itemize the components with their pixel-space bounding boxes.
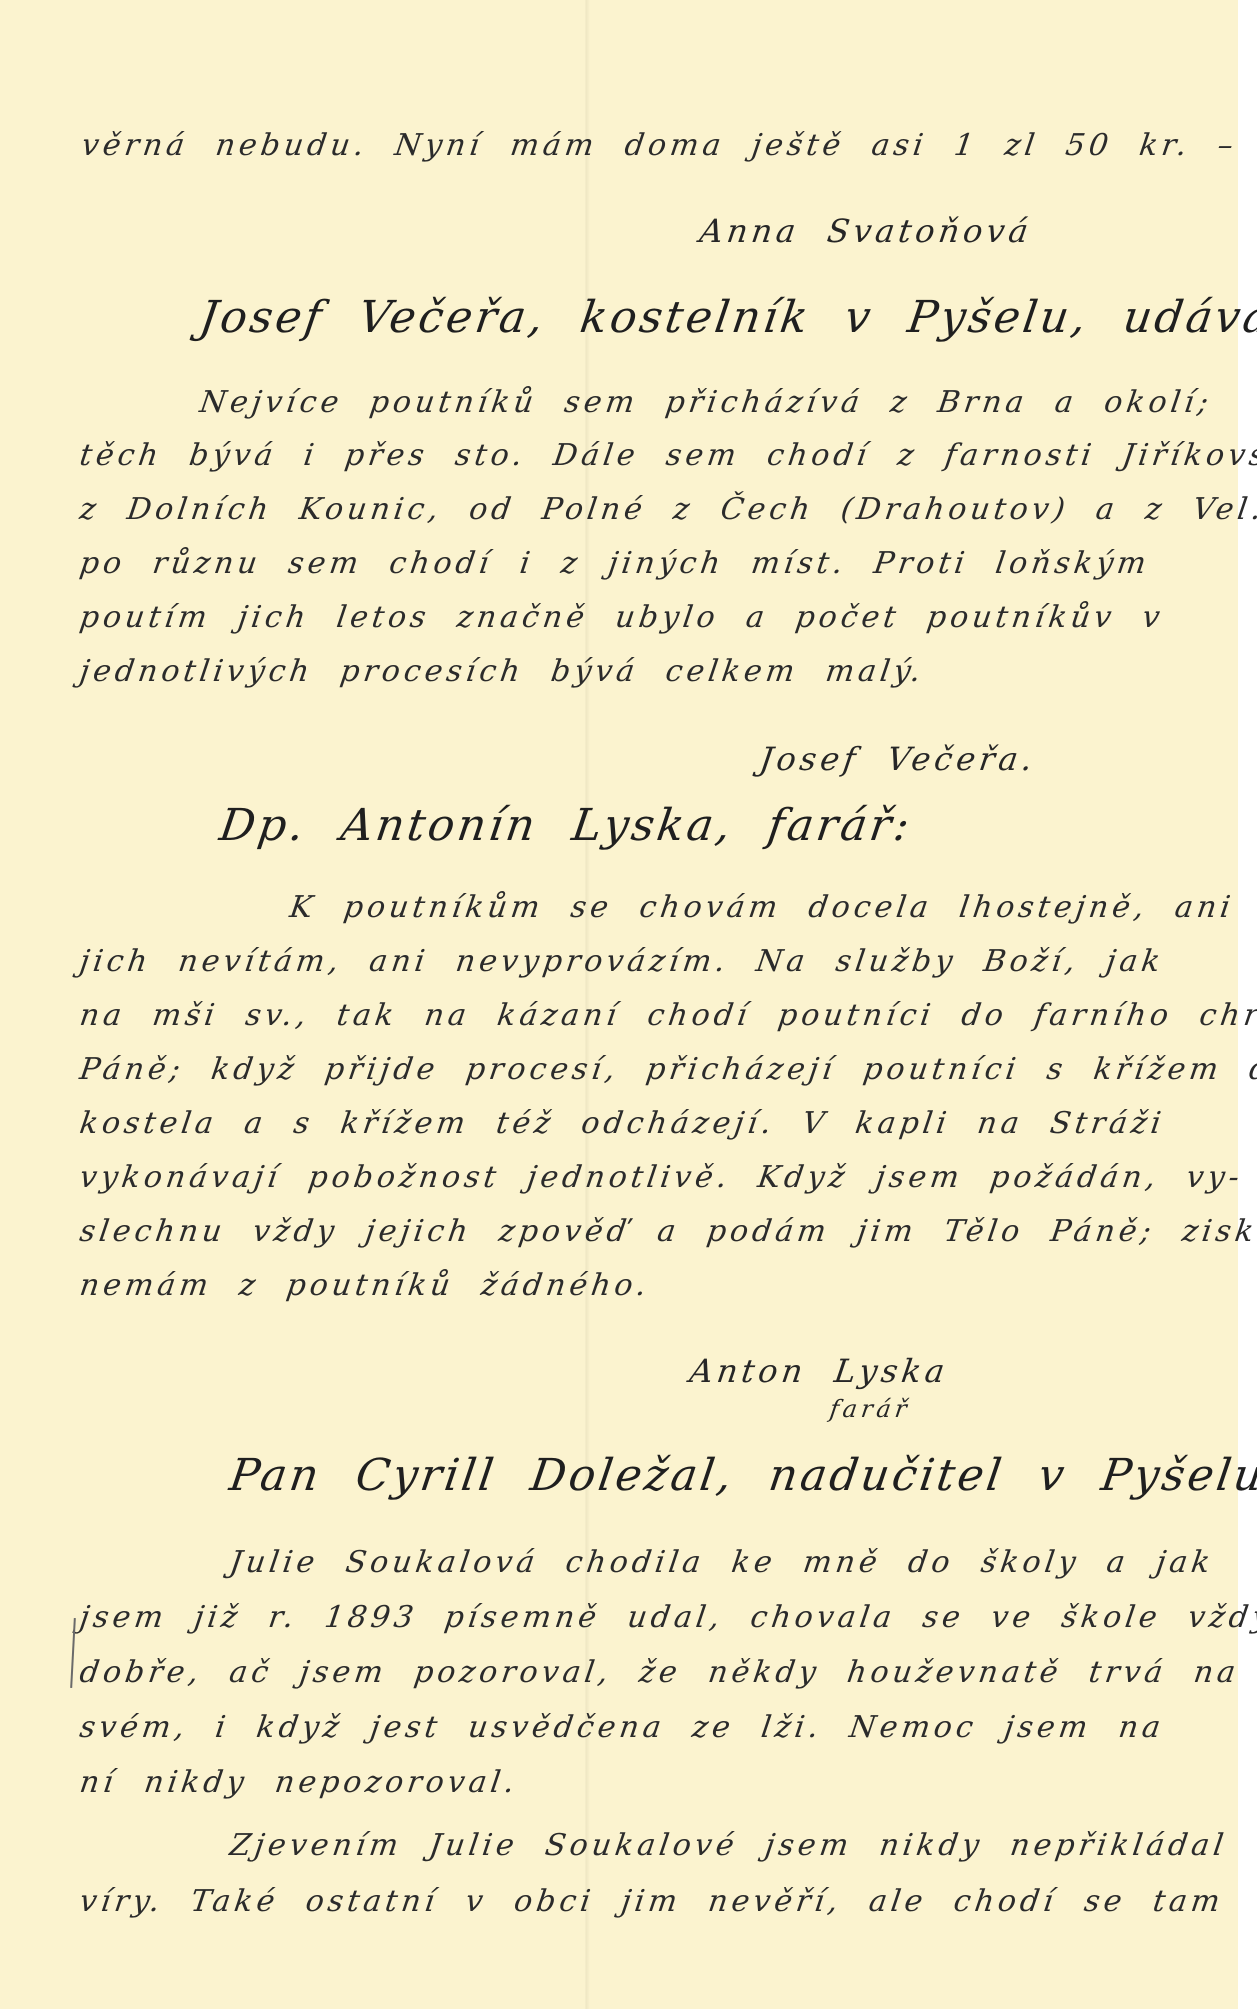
paragraph-line: K poutníkům se chovám docela lhostejně, … — [288, 890, 1237, 925]
paragraph-line: jsem již r. 1893 písemně udal, chovala s… — [78, 1600, 1257, 1635]
paragraph-line: nemám z poutníků žádného. — [78, 1268, 653, 1303]
paragraph-line: po různu sem chodí i z jiných míst. Prot… — [78, 546, 1153, 581]
paragraph-line: víry. Také ostatní v obci jim nevěří, al… — [78, 1884, 1226, 1919]
paragraph-line: jich nevítám, ani nevyprovázím. Na služb… — [78, 944, 1167, 979]
paragraph-line: Zjevením Julie Soukalové jsem nikdy nepř… — [228, 1828, 1230, 1863]
paragraph-line: na mši sv., tak na kázaní chodí poutníci… — [78, 998, 1257, 1033]
section-heading-vecera: Josef Večeřa, kostelník v Pyšelu, udává: — [196, 292, 1257, 343]
section-heading-lyska: Dp. Antonín Lyska, farář: — [216, 800, 915, 851]
section-heading-dolezal: Pan Cyrill Doležal, nadučitel v Pyšelu: — [226, 1450, 1257, 1501]
paragraph-line: slechnu vždy jejich zpověď a podám jim T… — [78, 1214, 1257, 1249]
paragraph-line: Nejvíce poutníků sem přicházívá z Brna a… — [198, 385, 1215, 420]
paragraph-line: vykonávají pobožnost jednotlivě. Když js… — [78, 1160, 1246, 1195]
paragraph-line: kostela a s křížem též odcházejí. V kapl… — [78, 1106, 1168, 1141]
signature-lyska: Anton Lyska — [687, 1352, 951, 1390]
signature-anna: Anna Svatoňová — [697, 212, 1034, 250]
signature-lyska-title: farář — [828, 1395, 912, 1423]
paragraph-line: z Dolních Kounic, od Polné z Čech (Draho… — [78, 492, 1257, 527]
signature-vecera: Josef Večeřa. — [757, 740, 1038, 778]
margin-pencil-mark — [70, 1618, 76, 1688]
paragraph-line: Julie Soukalová chodila ke mně do školy … — [228, 1545, 1217, 1580]
carry-over-line: věrná nebudu. Nyní mám doma ještě asi 1 … — [80, 128, 1240, 163]
paragraph-line: ní nikdy nepozoroval. — [78, 1765, 521, 1800]
paragraph-line: dobře, ač jsem pozoroval, že někdy houže… — [78, 1655, 1242, 1690]
paragraph-line: poutím jich letos značně ubylo a počet p… — [78, 600, 1167, 635]
paragraph-line: jednotlivých procesích bývá celkem malý. — [78, 654, 927, 689]
paragraph-line: svém, i když jest usvědčena ze lži. Nemo… — [78, 1710, 1167, 1745]
document-page: věrná nebudu. Nyní mám doma ještě asi 1 … — [0, 0, 1238, 2009]
paragraph-line: těch bývá i přes sto. Dále sem chodí z f… — [78, 438, 1257, 473]
paragraph-line: Páně; když přijde procesí, přicházejí po… — [78, 1052, 1257, 1087]
